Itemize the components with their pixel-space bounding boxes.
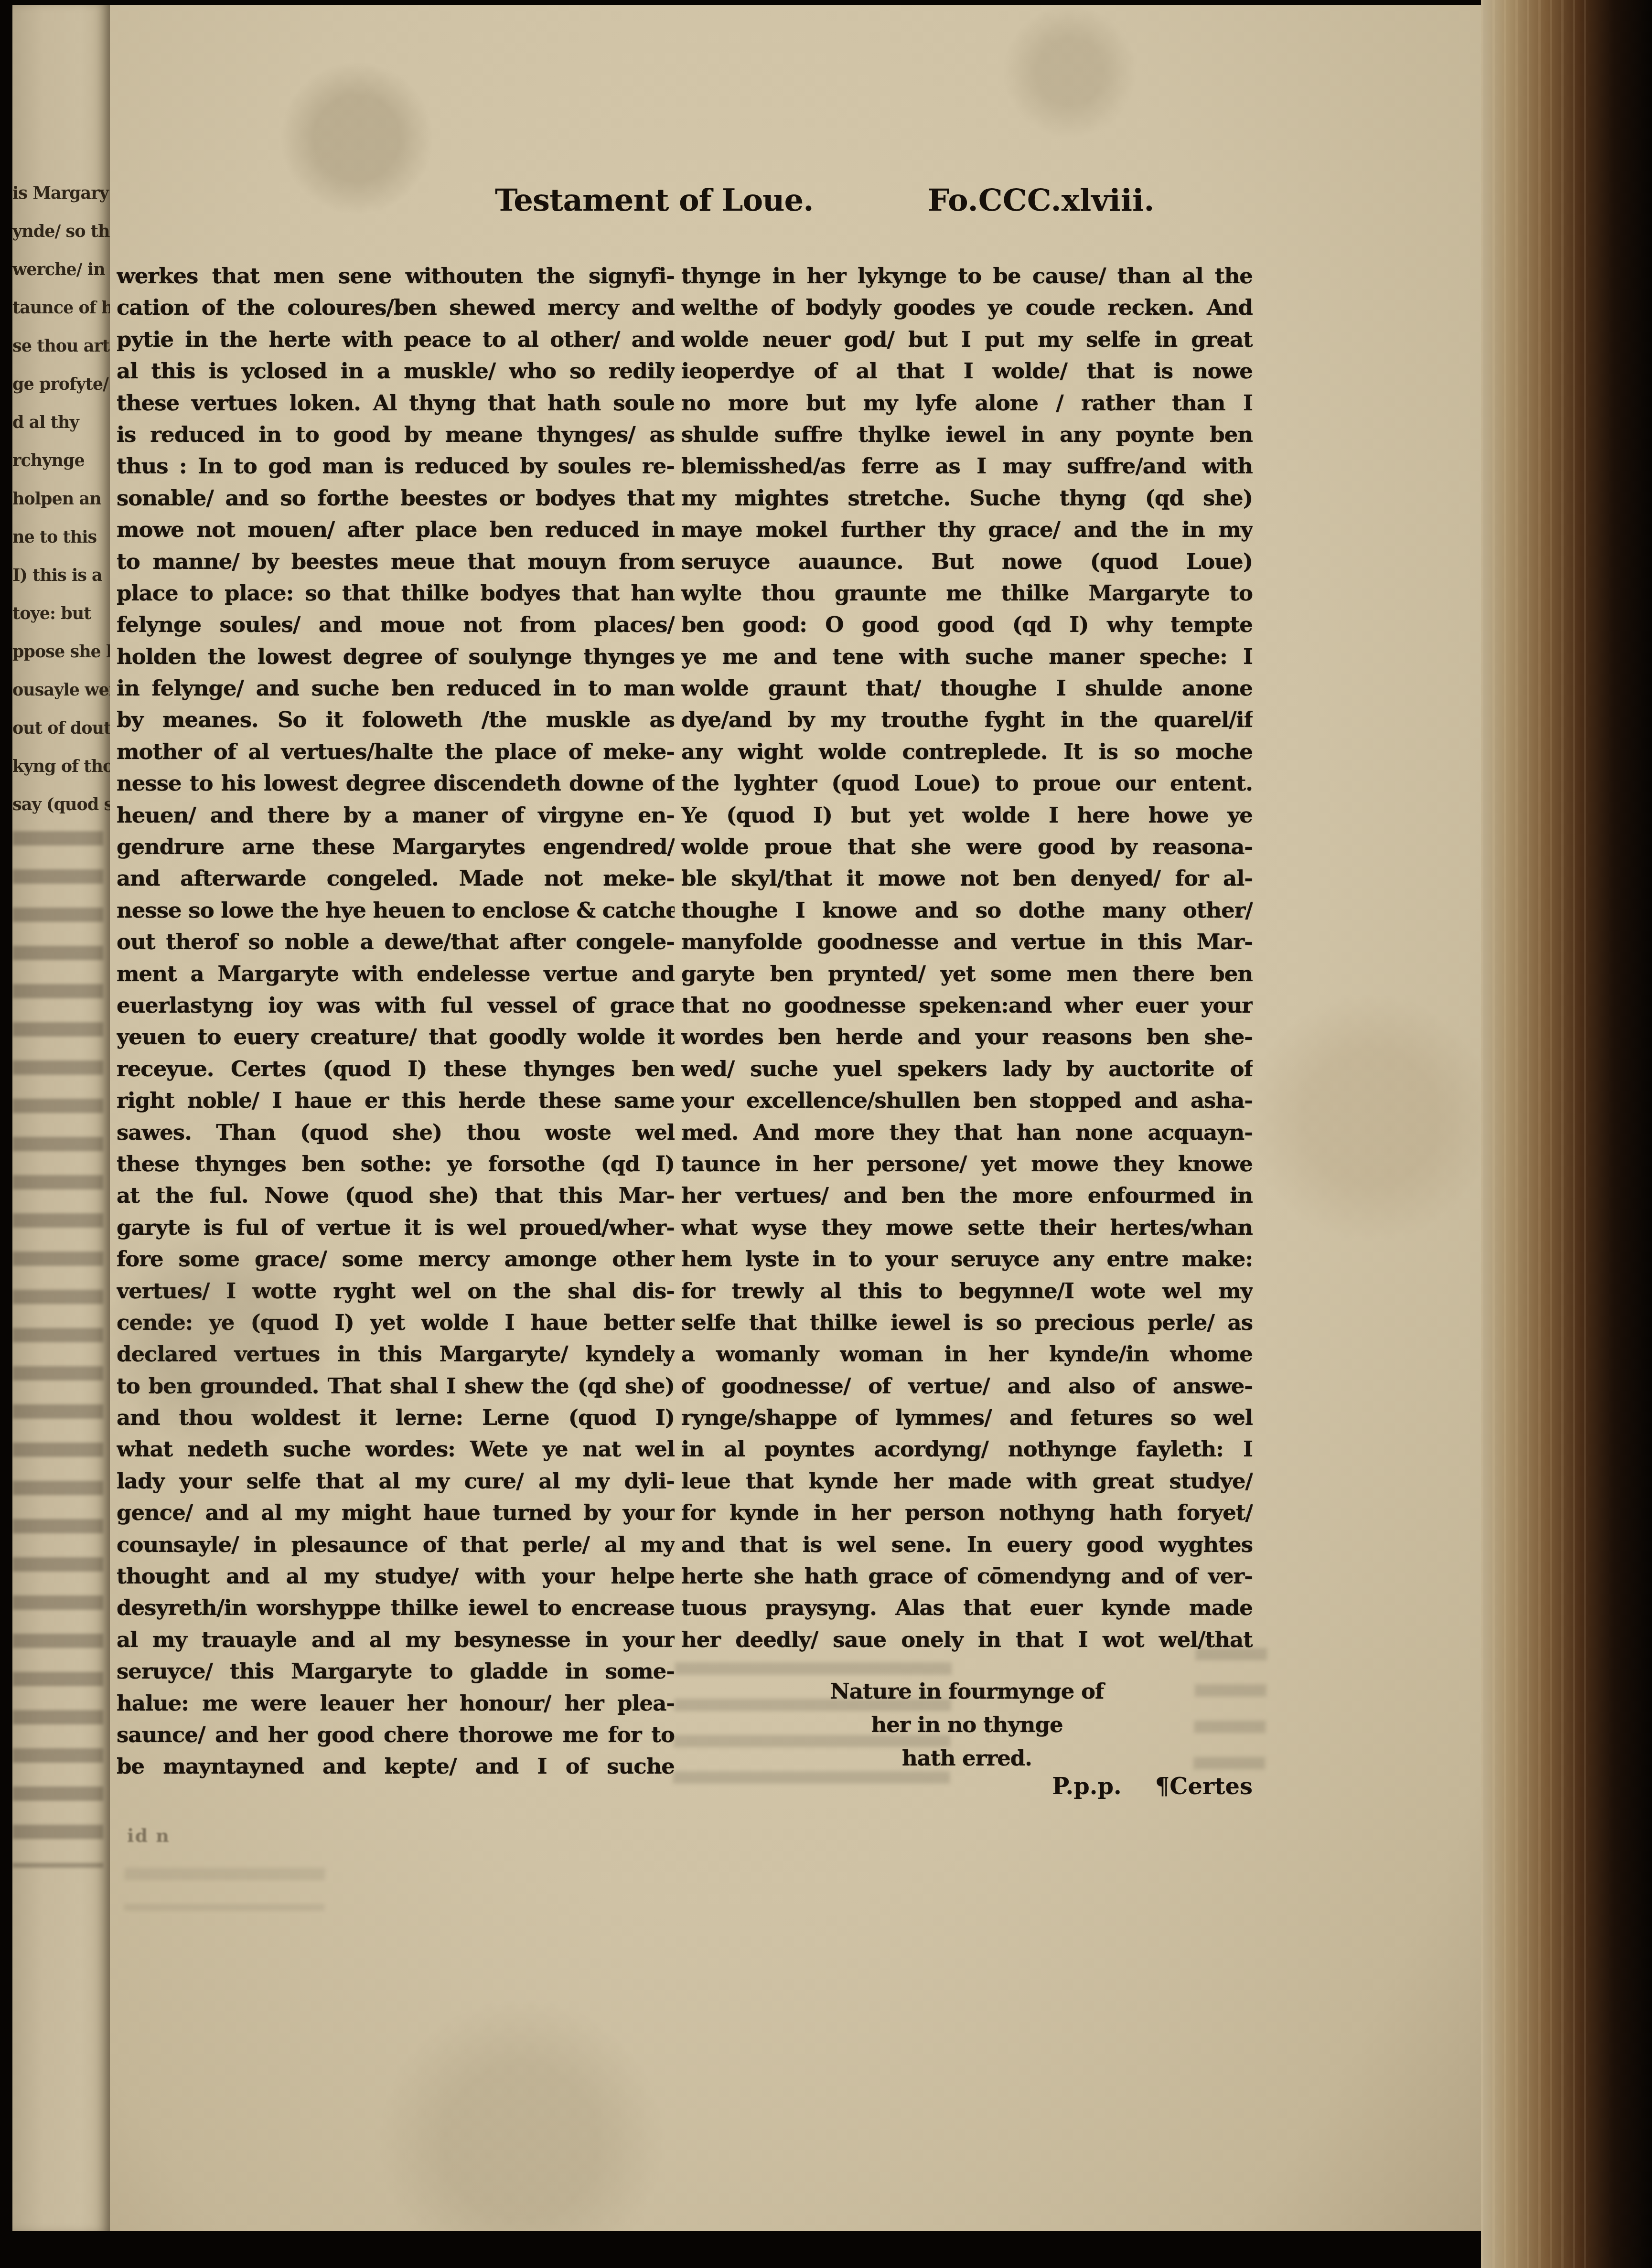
text-line: blemisshed/as ferre as I may suffre/and … — [681, 450, 1253, 482]
edge-fragment: d al thy — [12, 404, 110, 442]
edge-fragment: say (quod she) — [12, 786, 110, 824]
text-line: ment a Margaryte with endelesse vertue a… — [117, 958, 675, 990]
text-line: the lyghter (quod Loue) to proue our ent… — [681, 768, 1253, 799]
printer-signature: P.p.p. — [1052, 1773, 1121, 1800]
colophon-line: her in no thynge — [681, 1708, 1253, 1742]
text-line: heuen/ and there by a maner of virgyne e… — [117, 800, 675, 831]
edge-fragment: werche/ in wha — [12, 251, 110, 289]
text-line: pytie in the herte with peace to al othe… — [117, 324, 675, 355]
text-line: gendrure arne these Margarytes engendred… — [117, 831, 675, 863]
running-title: Testament of Loue. — [495, 182, 814, 218]
edge-fragment: rchynge — [12, 442, 110, 480]
text-line: and afterwarde congeled. Made not meke- — [117, 863, 675, 894]
text-line: wylte thou graunte me thilke Margaryte t… — [681, 578, 1253, 609]
text-line: al this is yclosed in a muskle/ who so r… — [117, 355, 675, 387]
text-line: gence/ and al my might haue turned by yo… — [117, 1497, 675, 1529]
text-line: manyfolde goodnesse and vertue in this M… — [681, 926, 1253, 958]
edge-fragment: ge profyte/ — [12, 365, 110, 404]
text-line: wed/ suche yuel spekers lady by auctorit… — [681, 1053, 1253, 1085]
text-line: my mightes stretche. Suche thyng (qd she… — [681, 482, 1253, 514]
colophon-line: hath erred. — [681, 1742, 1253, 1775]
text-line: at the ful. Nowe (quod she) that this Ma… — [117, 1180, 675, 1211]
text-line: selfe that thilke iewel is so precious p… — [681, 1307, 1253, 1338]
text-line: counsayle/ in plesaunce of that perle/ a… — [117, 1529, 675, 1561]
edge-fragment: ppose she hau — [12, 633, 110, 671]
text-line: wolde neuer god/ but I put my selfe in g… — [681, 324, 1253, 355]
catchword: ¶Certes — [1155, 1773, 1253, 1800]
text-line: garyte is ful of vertue it is wel proued… — [117, 1212, 675, 1243]
text-line: hem lyste in to your seruyce any entre m… — [681, 1243, 1253, 1275]
text-line: that no goodnesse speken:and wher euer y… — [681, 990, 1253, 1021]
edge-fragment: ne to this — [12, 518, 110, 556]
edge-fragment: ousayle were — [12, 671, 110, 709]
text-line: place to place: so that thilke bodyes th… — [117, 578, 675, 609]
colophon-line: Nature in fourmynge of — [681, 1675, 1253, 1708]
text-line: right noble/ I haue er this herde these … — [117, 1085, 675, 1116]
text-line: for trewly al this to begynne/I wote wel… — [681, 1275, 1253, 1307]
text-line: be mayntayned and kepte/ and I of suche — [117, 1751, 675, 1782]
edge-lower-text-pattern — [12, 831, 103, 1868]
text-line: al my trauayle and al my besynesse in yo… — [117, 1624, 675, 1656]
text-line: your excellence/shullen ben stopped and … — [681, 1085, 1253, 1116]
text-line: by meanes. So it foloweth /the muskle as — [117, 704, 675, 736]
edge-fragment: se thou arte — [12, 327, 110, 365]
edge-fragment: I) this is a — [12, 556, 110, 595]
edge-fragment: toye: but — [12, 595, 110, 633]
text-line: desyreth/in worshyppe thilke iewel to en… — [117, 1592, 675, 1624]
spine-gutter — [1481, 0, 1652, 2268]
text-line: receyue. Certes (quod I) these thynges b… — [117, 1053, 675, 1085]
text-line: saunce/ and her good chere thorowe me fo… — [117, 1719, 675, 1751]
text-line: her vertues/ and ben the more enfourmed … — [681, 1180, 1253, 1211]
text-line: cende: ye (quod I) yet wolde I haue bett… — [117, 1307, 675, 1338]
text-line: these thynges ben sothe: ye forsothe (qd… — [117, 1148, 675, 1180]
text-line: maye mokel further thy grace/ and the in… — [681, 514, 1253, 546]
edge-fragment: ynde/ so that h — [12, 213, 110, 251]
text-line: seruyce auaunce. But nowe (quod Loue) — [681, 546, 1253, 578]
text-line: ye me and tene with suche maner speche: … — [681, 641, 1253, 673]
text-line: lady your selfe that al my cure/ al my d… — [117, 1466, 675, 1497]
text-line: thought and al my studye/ with your help… — [117, 1561, 675, 1592]
showthrough-text-patch — [124, 1868, 325, 1911]
text-line: wolde graunt that/ thoughe I shulde anon… — [681, 673, 1253, 704]
text-line: rynge/shappe of lymmes/ and fetures so w… — [681, 1402, 1253, 1434]
text-line: nesse so lowe the hye heuen to enclose &… — [117, 895, 675, 926]
text-line: fore some grace/ some mercy amonge other — [117, 1243, 675, 1275]
page-edge-streaks — [1481, 0, 1586, 2268]
left-column-smudge: id n — [127, 1825, 170, 1846]
text-line: garyte ben prynted/ yet some men there b… — [681, 958, 1253, 990]
text-line: werkes that men sene withouten the signy… — [117, 260, 675, 292]
text-line: wolde proue that she were good by reason… — [681, 831, 1253, 863]
signature-row: P.p.p. ¶Certes — [681, 1773, 1253, 1800]
text-line: these vertues loken. Al thyng that hath … — [117, 387, 675, 419]
previous-page-edge: is Margaryynde/ so that hwerche/ in what… — [12, 5, 110, 2231]
text-line: med. And more they that han none acquayn… — [681, 1117, 1253, 1148]
text-line: yeuen to euery creature/ that goodly wol… — [117, 1021, 675, 1053]
text-line: ben good: O good good (qd I) why tempte — [681, 609, 1253, 641]
text-line: her deedly/ saue onely in that I wot wel… — [681, 1624, 1253, 1656]
text-line: in al poyntes acordyng/ nothynge fayleth… — [681, 1434, 1253, 1465]
edge-fragment-list: is Margaryynde/ so that hwerche/ in what… — [12, 174, 110, 824]
text-line: thoughe I knowe and so dothe many other/ — [681, 895, 1253, 926]
text-line: taunce in her persone/ yet mowe they kno… — [681, 1148, 1253, 1180]
text-line: tuous praysyng. Alas that euer kynde mad… — [681, 1592, 1253, 1624]
text-line: thus : In to god man is reduced by soule… — [117, 450, 675, 482]
text-line: thynge in her lykynge to be cause/ than … — [681, 260, 1253, 292]
text-line: shulde suffre thylke iewel in any poynte… — [681, 419, 1253, 450]
text-line: what wyse they mowe sette their hertes/w… — [681, 1212, 1253, 1243]
text-line: euerlastyng ioy was with ful vessel of g… — [117, 990, 675, 1021]
text-line: out therof so noble a dewe/that after co… — [117, 926, 675, 958]
text-line: ble skyl/that it mowe not ben denyed/ fo… — [681, 863, 1253, 894]
text-line: dye/and by my trouthe fyght in the quare… — [681, 704, 1253, 736]
text-line: to ben grounded. That shal I shew the (q… — [117, 1370, 675, 1402]
edge-fragment: holpen an — [12, 480, 110, 518]
text-line: Ye (quod I) but yet wolde I here howe ye — [681, 800, 1253, 831]
text-line: leue that kynde her made with great stud… — [681, 1466, 1253, 1497]
running-head: Testament of Loue. Fo.CCC.xlviii. — [110, 182, 1481, 225]
text-line: halue: me were leauer her honour/ her pl… — [117, 1688, 675, 1719]
text-line: sawes. Than (quod she) thou woste wel — [117, 1117, 675, 1148]
text-line: to manne/ by beestes meue that mouyn fro… — [117, 546, 675, 578]
text-line: felynge soules/ and moue not from places… — [117, 609, 675, 641]
text-line: of goodnesse/ of vertue/ and also of ans… — [681, 1370, 1253, 1402]
text-line: declared vertues in this Margaryte/ kynd… — [117, 1338, 675, 1370]
text-line: any wight wolde contreplede. It is so mo… — [681, 736, 1253, 768]
text-line: mowe not mouen/ after place ben reduced … — [117, 514, 675, 546]
text-line: holden the lowest degree of soulynge thy… — [117, 641, 675, 673]
text-line: mother of al vertues/halte the place of … — [117, 736, 675, 768]
book-photo: is Margaryynde/ so that hwerche/ in what… — [0, 0, 1652, 2268]
folio-number: Fo.CCC.xlviii. — [928, 182, 1155, 218]
right-column: thynge in her lykynge to be cause/ than … — [681, 260, 1253, 1656]
text-line: a womanly woman in her kynde/in whome — [681, 1338, 1253, 1370]
edge-fragment: kyng of tho — [12, 748, 110, 786]
text-line: sonable/ and so forthe beestes or bodyes… — [117, 482, 675, 514]
main-page: Testament of Loue. Fo.CCC.xlviii. werkes… — [110, 5, 1481, 2231]
left-column: werkes that men sene withouten the signy… — [117, 260, 675, 1783]
text-line: nesse to his lowest degree discendeth do… — [117, 768, 675, 799]
text-line: no more but my lyfe alone / rather than … — [681, 387, 1253, 419]
text-line: vertues/ I wotte ryght wel on the shal d… — [117, 1275, 675, 1307]
text-line: cation of the coloures/ben shewed mercy … — [117, 292, 675, 323]
text-line: in felynge/ and suche ben reduced in to … — [117, 673, 675, 704]
text-line: seruyce/ this Margaryte to gladde in som… — [117, 1656, 675, 1687]
edge-fragment: out of doute/ — [12, 709, 110, 748]
text-line: and thou woldest it lerne: Lerne (quod I… — [117, 1402, 675, 1434]
edge-fragment: is Margary — [12, 174, 110, 213]
text-line: what nedeth suche wordes: Wete ye nat we… — [117, 1434, 675, 1465]
text-line: for kynde in her person nothyng hath for… — [681, 1497, 1253, 1529]
edge-fragment: taunce of her — [12, 289, 110, 327]
text-line: ieoperdye of al that I wolde/ that is no… — [681, 355, 1253, 387]
text-line: wordes ben herde and your reasons ben sh… — [681, 1021, 1253, 1053]
text-line: welthe of bodyly goodes ye coude recken.… — [681, 292, 1253, 323]
colophon-block: Nature in fourmynge ofher in no thyngeha… — [681, 1675, 1253, 1775]
text-line: herte she hath grace of cōmendyng and of… — [681, 1561, 1253, 1592]
text-line: and that is wel sene. In euery good wygh… — [681, 1529, 1253, 1561]
text-line: is reduced in to good by meane thynges/ … — [117, 419, 675, 450]
